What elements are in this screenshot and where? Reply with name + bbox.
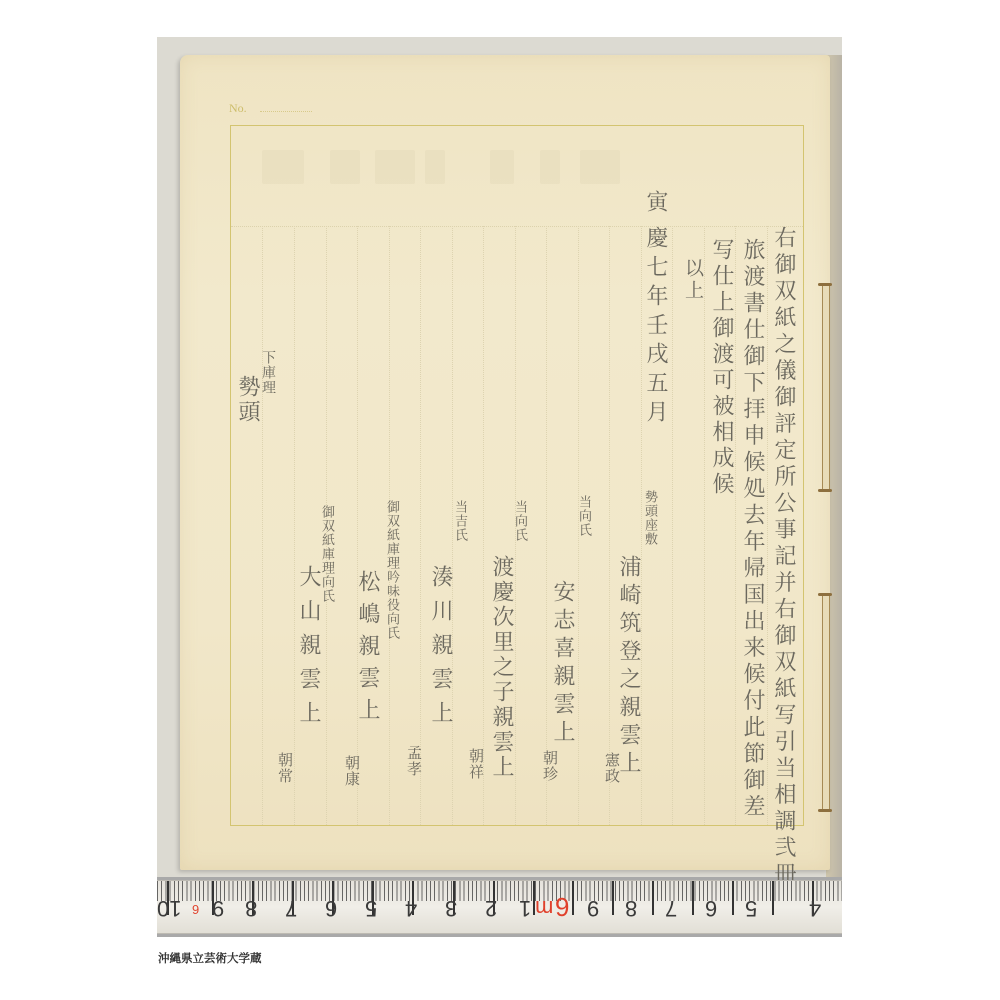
- ruler-number: 7: [285, 897, 297, 919]
- ruler-number: 9: [587, 897, 599, 919]
- form-number-label: No.: [229, 101, 247, 116]
- signatory-5-name: 松嶋親雲上: [352, 570, 383, 730]
- signatory-6-given-name: 朝常: [275, 752, 296, 784]
- signatory-1-name: 浦崎筑登之親雲上: [613, 555, 644, 779]
- ruler-number: 9: [212, 897, 224, 919]
- era-mark: 寅: [640, 190, 671, 215]
- document-date: 慶七年壬戌五月: [640, 226, 671, 429]
- ruler-number: 5: [745, 897, 757, 919]
- body-column-2: 旅渡書仕御下拝申候処去年帰国出来候付此節御差: [737, 238, 768, 821]
- closing-ijou: 以上: [680, 258, 707, 302]
- ruler-number: 2: [485, 897, 497, 919]
- addressee-name: 勢頭: [232, 375, 263, 425]
- ruler-number-red: 6: [192, 903, 199, 916]
- ruler-number-red: 6: [555, 894, 569, 920]
- signatory-1-office: 勢頭座敷: [640, 490, 659, 546]
- ruler-number: 4: [405, 897, 417, 919]
- ruler-number: 5: [365, 897, 377, 919]
- collection-credit: 沖縄県立芸術大学蔵: [158, 950, 262, 966]
- signatory-5-given-name: 朝康: [342, 755, 363, 787]
- binding-stitch-upper: [822, 285, 830, 490]
- signatory-4-name: 湊川親雲上: [425, 565, 456, 735]
- ruler-unit-m: m: [535, 897, 553, 919]
- signatory-3-given-name: 朝祥: [466, 748, 487, 780]
- ruler-ticks: [157, 881, 842, 901]
- signatory-3-office: 当向氏: [510, 500, 529, 542]
- ruler-number: 1: [519, 897, 531, 919]
- binding-stitch-lower: [822, 595, 830, 810]
- signatory-4-given-name: 孟孝: [404, 745, 425, 777]
- ruler-number: 4: [809, 897, 821, 919]
- body-column-3: 写仕上御渡可被相成候: [706, 238, 737, 498]
- signatory-5-office: 御双紙庫理吟味役向氏: [382, 500, 401, 640]
- signatory-6-name: 大山親雲上: [293, 565, 324, 735]
- ruler-number: 7: [665, 897, 677, 919]
- signatory-2-name: 安志喜親雲上: [547, 580, 578, 748]
- signatory-2-given-name: 朝珍: [540, 750, 561, 782]
- ruler-number: 8: [625, 897, 637, 919]
- ruler-number: 6: [325, 897, 337, 919]
- form-number-field: [260, 111, 312, 112]
- ruler-number: 10: [157, 897, 181, 919]
- header-divider: [231, 226, 803, 227]
- ruler-number: 8: [245, 897, 257, 919]
- signatory-4-office: 当吉氏: [450, 500, 469, 542]
- measuring-tape: 10 6 9 8 7 6 5 4 3 2 1 m 6 9 8 7 6 5 4: [157, 880, 842, 934]
- ruler-number: 6: [705, 897, 717, 919]
- signatory-1-given-name: 憲政: [602, 752, 623, 784]
- signatory-3-name: 渡慶次里之子親雲上: [486, 555, 517, 780]
- ruler-number: 3: [445, 897, 457, 919]
- signatory-2-office: 当向氏: [574, 495, 593, 537]
- body-column-1: 右御双紙之儀御評定所公事記并右御双紙写引当相調弐冊: [768, 226, 799, 889]
